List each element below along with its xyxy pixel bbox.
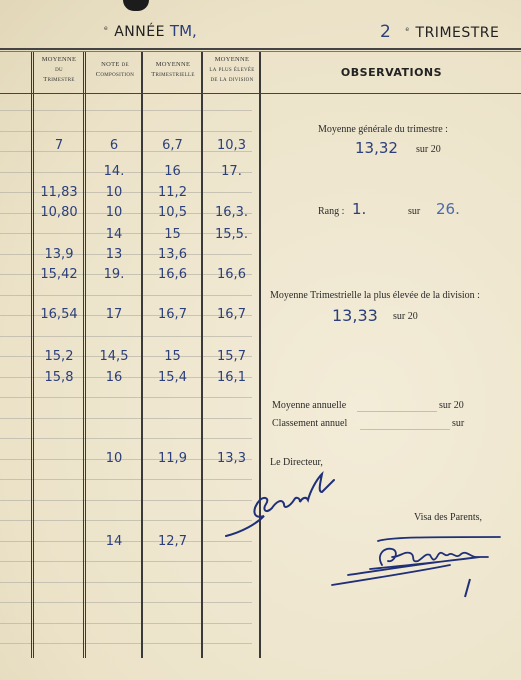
grade-cell: 16,7	[143, 307, 202, 322]
ruled-line	[0, 623, 252, 624]
column-header-moyenne-trimestre: MOYENNE du Trimestre	[34, 55, 84, 85]
fill-line	[357, 411, 437, 412]
superscript-e: e	[104, 25, 108, 32]
grade-cell: 16,7	[203, 307, 260, 322]
header-line: Composition	[87, 70, 143, 80]
fill-line	[360, 429, 450, 430]
rang-sur: sur	[408, 206, 420, 217]
grade-cell: 10,80	[33, 205, 85, 220]
grade-cell: 16	[86, 370, 142, 385]
moyenne-plus-elevee-label: Moyenne Trimestrielle la plus élevée de …	[270, 290, 480, 301]
header-line: la plus élevée	[203, 65, 261, 75]
grade-cell: 14	[86, 534, 142, 549]
grade-cell: 13	[86, 247, 142, 262]
grade-cell: 16,54	[33, 307, 85, 322]
classement-annuel-sur: sur	[452, 418, 464, 429]
grade-cell: 16,3.	[203, 205, 260, 220]
grade-cell: 11,9	[143, 451, 202, 466]
grade-cell: 16,6	[203, 267, 260, 282]
ruled-line	[0, 602, 252, 603]
parent-signature-icon	[330, 535, 520, 605]
ruled-line	[0, 418, 252, 419]
ruled-line	[0, 643, 252, 644]
sur-20: sur 20	[393, 311, 418, 322]
ruled-line	[0, 500, 252, 501]
rang-label: Rang :	[318, 206, 344, 217]
ruled-line	[0, 520, 252, 521]
header-line: du	[34, 65, 84, 75]
grade-cell: 10	[86, 451, 142, 466]
grade-cell: 13,6	[143, 247, 202, 262]
grade-cell: 15,5.	[203, 227, 260, 242]
ruled-line	[0, 295, 252, 296]
grade-cell: 10,3	[203, 138, 260, 153]
grade-cell: 6	[86, 138, 142, 153]
ruled-line	[0, 438, 252, 439]
grade-cell: 13,3	[203, 451, 260, 466]
annee-label: ANNÉE	[114, 24, 165, 40]
directeur-label: Le Directeur,	[270, 457, 323, 468]
ruled-line	[0, 397, 252, 398]
grade-cell: 10	[86, 185, 142, 200]
column-header-moyenne-plus-elevee: MOYENNE la plus élevée de la division	[203, 55, 261, 85]
grade-cell: 19.	[86, 267, 142, 282]
trimestre-number: 2	[380, 22, 391, 42]
grade-cell: 15,2	[33, 349, 85, 364]
grade-cell: 16	[143, 164, 202, 179]
ink-blot	[123, 0, 149, 11]
header-line: MOYENNE	[203, 55, 261, 65]
moyenne-plus-elevee-value: 13,33	[332, 306, 378, 325]
grade-cell: 10	[86, 205, 142, 220]
column-header-rule	[0, 93, 521, 94]
header-rule	[0, 48, 521, 50]
grade-cell: 13,9	[33, 247, 85, 262]
observations-header: OBSERVATIONS	[262, 66, 521, 79]
visa-parents-label: Visa des Parents,	[414, 512, 482, 523]
grade-cell: 10,5	[143, 205, 202, 220]
grade-cell: 12,7	[143, 534, 202, 549]
moyenne-annuelle-sur: sur 20	[439, 400, 464, 411]
annee-heading: eANNÉETM,	[104, 22, 197, 40]
grade-cell: 16,1	[203, 370, 260, 385]
trimestre-heading: 2eTRIMESTRE	[380, 22, 499, 42]
column-header-note-composition: NOTE de Composition	[87, 60, 143, 80]
header-line: Trimestrielle	[143, 70, 203, 80]
grade-cell: 17	[86, 307, 142, 322]
ruled-line	[0, 561, 252, 562]
rang-total: 26.	[436, 200, 460, 218]
grade-cell: 15	[143, 227, 202, 242]
classement-annuel-label: Classement annuel	[272, 418, 347, 429]
grade-cell: 14	[86, 227, 142, 242]
grade-cell: 11,2	[143, 185, 202, 200]
column-header-moyenne-trimestrielle: MOYENNE Trimestrielle	[143, 60, 203, 80]
moyenne-annuelle-label: Moyenne annuelle	[272, 400, 346, 411]
header-line: MOYENNE	[34, 55, 84, 65]
superscript-e: e	[405, 26, 409, 33]
header-line: de la division	[203, 75, 261, 85]
ruled-line	[0, 336, 252, 337]
grade-cell: 11,83	[33, 185, 85, 200]
grade-cell: 15,4	[143, 370, 202, 385]
header-line: MOYENNE	[143, 60, 203, 70]
grade-cell: 14,5	[86, 349, 142, 364]
grade-cell: 17.	[203, 164, 260, 179]
grade-cell: 14.	[86, 164, 142, 179]
sur-20: sur 20	[416, 144, 441, 155]
ruled-line	[0, 131, 252, 132]
ruled-line	[0, 582, 252, 583]
annee-value: TM,	[170, 22, 197, 40]
header-line: NOTE de	[87, 60, 143, 70]
grade-cell: 7	[33, 138, 85, 153]
rang-value: 1.	[352, 200, 366, 218]
grade-cell: 15,7	[203, 349, 260, 364]
header-line: Trimestre	[34, 75, 84, 85]
ruled-line	[0, 479, 252, 480]
grade-cell: 16,6	[143, 267, 202, 282]
grade-cell: 15,42	[33, 267, 85, 282]
moyenne-generale-value: 13,32	[355, 139, 398, 157]
grade-cell: 15,8	[33, 370, 85, 385]
grade-cell: 15	[143, 349, 202, 364]
moyenne-generale-label: Moyenne générale du trimestre :	[318, 124, 448, 135]
trimestre-label: TRIMESTRE	[416, 25, 500, 41]
ruled-line	[0, 110, 252, 111]
grade-cell: 6,7	[143, 138, 202, 153]
directeur-signature-icon	[222, 470, 352, 540]
